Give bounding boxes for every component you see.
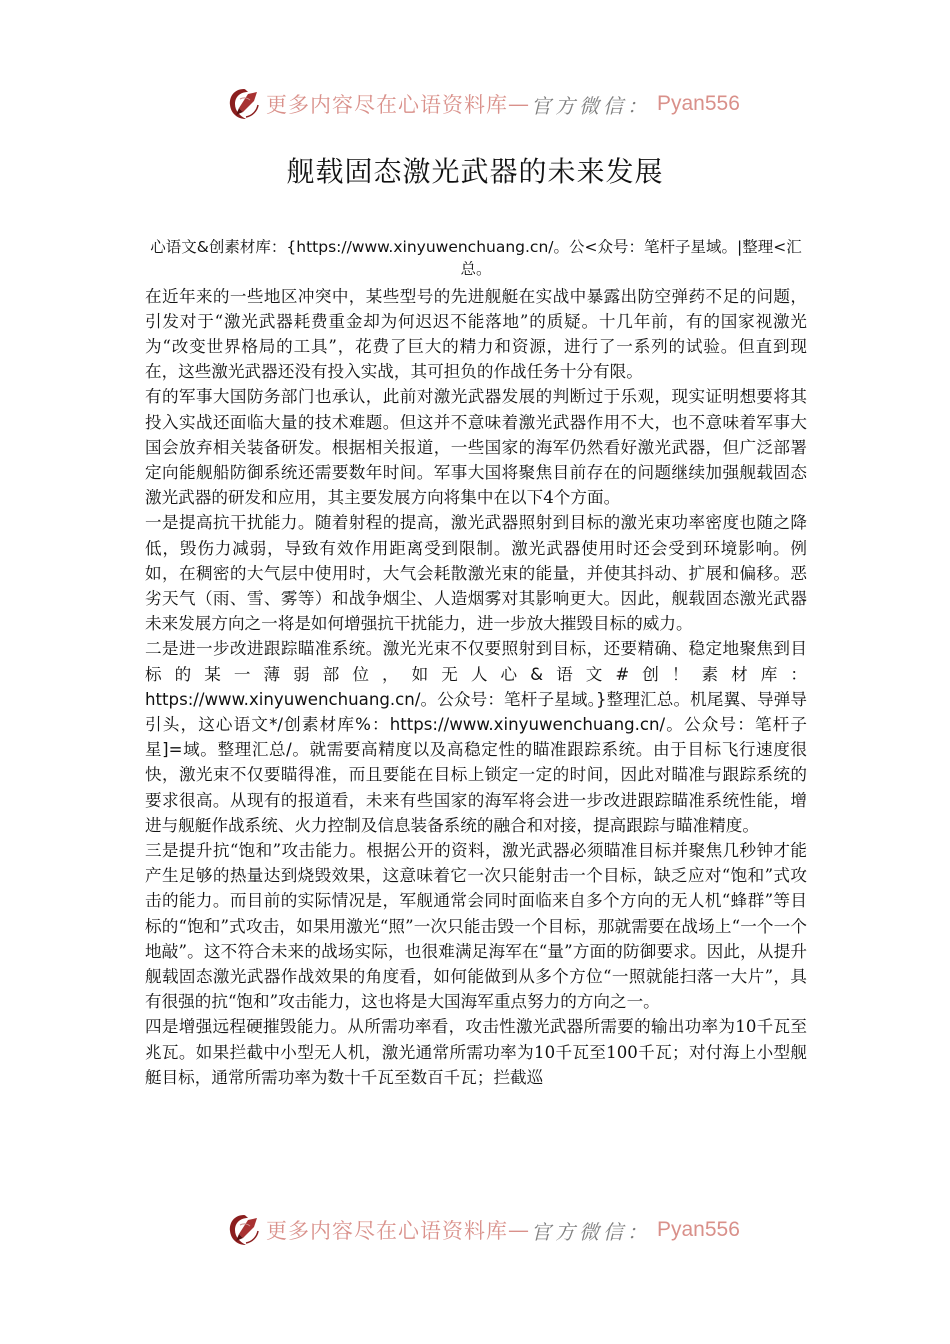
banner-wechat-id: Pyan556 [657,1218,740,1242]
banner-brand-text: 更多内容尽在心语资料库 [266,1215,508,1245]
paragraph-point-1: 一是提高抗干扰能力。随着射程的提高，激光武器照射到目标的激光束功率密度也随之降低… [145,510,807,636]
paragraph-intro: 在近年来的一些地区冲突中，某些型号的先进舰艇在实战中暴露出防空弹药不足的问题，引… [145,284,807,385]
source-line: 心语文&创素材库：{https://www.xinyuwenchuang.cn/… [145,236,807,280]
banner-dash: — [508,1218,529,1242]
paragraph-point-2: 二是进一步改进跟踪瞄准系统。激光光束不仅要照射到目标，还要精确、稳定地聚焦到目标… [145,636,807,838]
banner-wechat-label: 官方微信： [531,90,651,119]
document-body: 心语文&创素材库：{https://www.xinyuwenchuang.cn/… [145,220,807,1090]
paragraph-point-3: 三是提升抗“饱和”攻击能力。根据公开的资料，激光武器必须瞄准目标并聚焦几秒钟才能… [145,838,807,1014]
banner-dash: — [508,92,529,116]
document-title: 舰载固态激光武器的未来发展 [0,150,950,190]
banner-wechat-label: 官方微信： [531,1216,651,1245]
quill-pen-logo-icon [226,1212,262,1248]
banner-wechat-id: Pyan556 [657,92,740,116]
footer-banner: 更多内容尽在心语资料库 — 官方微信： Pyan556 [226,1208,740,1252]
quill-pen-logo-icon [226,86,262,122]
header-banner: 更多内容尽在心语资料库 — 官方微信： Pyan556 [226,82,740,126]
banner-brand-text: 更多内容尽在心语资料库 [266,89,508,119]
paragraph-background: 有的军事大国防务部门也承认，此前对激光武器发展的判断过于乐观，现实证明想要将其投… [145,384,807,510]
paragraph-point-4: 四是增强远程硬摧毁能力。从所需功率看，攻击性激光武器所需要的输出功率为10千瓦至… [145,1014,807,1090]
